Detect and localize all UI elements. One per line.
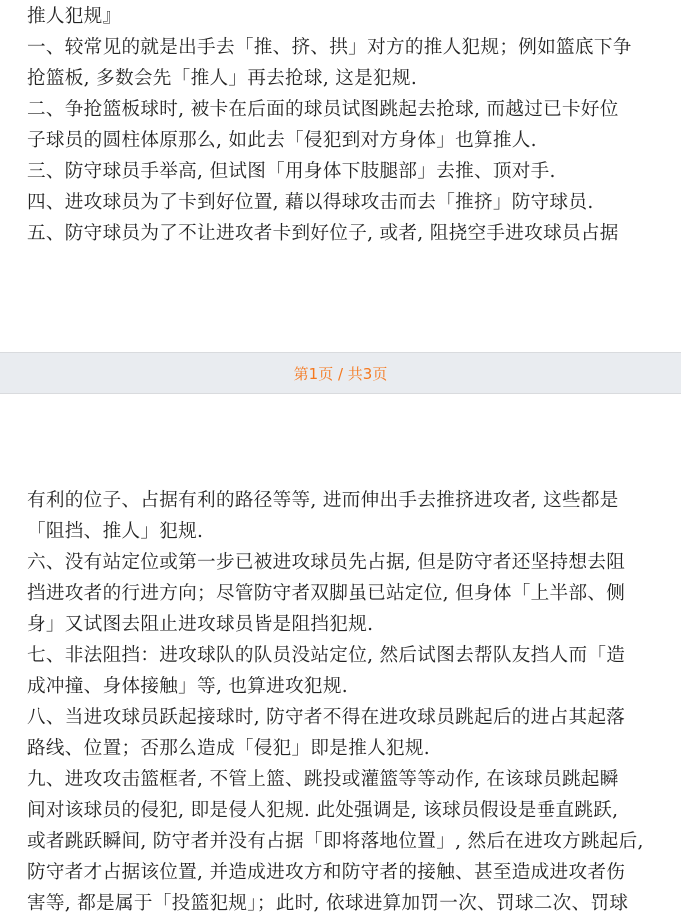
text-line: 抢篮板, 多数会先「推人」再去抢球, 这是犯规. [27,63,417,94]
text-line: 间对该球员的侵犯, 即是侵人犯规. 此处强调是, 该球员假设是垂直跳跃, [27,795,618,826]
text-line: 害等, 都是属于「投篮犯规」；此时, 依球进算加罚一次、罚球二次、罚球 [27,888,628,919]
document-page-2: 有利的位子、占据有利的路径等等, 进而伸出手去推挤进攻者, 这些都是 「阻挡、推… [0,394,681,919]
text-line: 八、当进攻球员跃起接球时, 防守者不得在进攻球员跳起后的进占其起落 [27,702,625,733]
text-line: 身」又试图去阻止进攻球员皆是阻挡犯规. [27,609,373,640]
text-line: 三、防守球员手举高, 但试图「用身体下肢腿部」去推、顶对手. [27,156,556,187]
text-line: 六、没有站定位或第一步已被进攻球员先占据, 但是防守者还坚持想去阻 [27,547,625,578]
text-line: 九、进攻攻击篮框者, 不管上篮、跳投或灌篮等等动作, 在该球员跳起瞬 [27,764,619,795]
text-line: 五、防守球员为了不让进攻者卡到好位子, 或者, 阻挠空手进攻球员占据 [27,218,619,249]
text-line: 四、进攻球员为了卡到好位置, 藉以得球攻击而去「推挤」防守球员. [27,187,594,218]
text-line: 防守者才占据该位置, 并造成进攻方和防守者的接触、甚至造成进攻者伤 [27,857,625,888]
text-line: 「阻挡、推人」犯规. [27,516,203,547]
text-line: 或者跳跃瞬间, 防守者并没有占据「即将落地位置」, 然后在进攻方跳起后, [27,826,644,857]
text-line: 一、较常见的就是出手去「推、挤、拱」对方的推人犯规；例如篮底下争 [27,32,632,63]
page-separator: 第1页 / 共3页 [0,352,681,394]
text-line: 二、争抢篮板球时, 被卡在后面的球员试图跳起去抢球, 而越过已卡好位 [27,94,619,125]
text-line: 成冲撞、身体接触」等, 也算进攻犯规. [27,671,348,702]
page-indicator: 第1页 / 共3页 [294,363,388,384]
text-line: 推人犯规』 [27,1,121,32]
text-line: 有利的位子、占据有利的路径等等, 进而伸出手去推挤进攻者, 这些都是 [27,485,619,516]
text-line: 子球员的圆柱体原那么, 如此去「侵犯到对方身体」也算推人. [27,125,537,156]
text-line: 路线、位置；否那么造成「侵犯」即是推人犯规. [27,733,430,764]
text-line: 七、非法阻挡：进攻球队的队员没站定位, 然后试图去帮队友挡人而「造 [27,640,625,671]
document-page-1: 推人犯规』 一、较常见的就是出手去「推、挤、拱」对方的推人犯规；例如篮底下争 抢… [0,0,681,352]
text-line: 挡进攻者的行进方向；尽管防守者双脚虽已站定位, 但身体「上半部、侧 [27,578,625,609]
